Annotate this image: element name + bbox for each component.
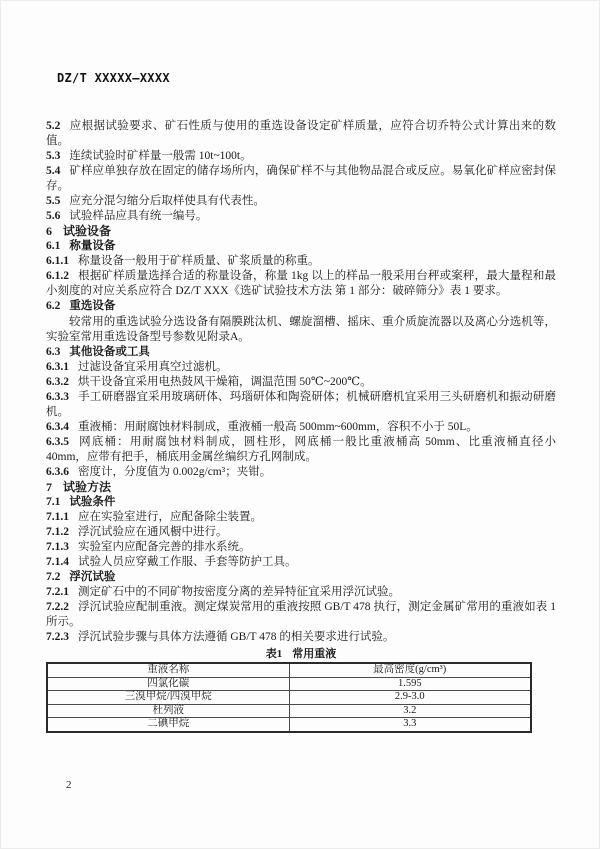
section-number: 7.2 (46, 571, 60, 583)
clause-number: 6.3.5 (46, 436, 69, 448)
section-title: 试验条件 (69, 496, 115, 508)
clause-6-3-1: 6.3.1过滤设备宜采用真空过滤机。 (46, 360, 556, 375)
table-caption-title: 常用重液 (292, 648, 336, 660)
table-cell: 杜列液 (47, 704, 289, 718)
clause-6-3-5: 6.3.5网底桶：用耐腐蚀材料制成，圆柱形，网底桶一般比重液桶高 50mm、比重… (46, 435, 556, 465)
table-row: 杜列液 3.2 (47, 704, 531, 718)
table-cell: 2.9-3.0 (289, 691, 531, 705)
clause-6-3-6: 6.3.6密度计，分度值为 0.002g/cm³；夹钳。 (46, 465, 556, 480)
paragraph-6-2: 较常用的重选试验分选设备有隔膜跳汰机、螺旋溜槽、摇床、重介质旋流器以及离心分选机… (46, 315, 556, 345)
clause-text: 手工研磨器宜采用玻璃研体、玛瑙研体和陶瓷研体；机械研磨机宜采用三头研磨机和振动研… (46, 391, 556, 418)
clause-number: 7.1.1 (46, 511, 69, 523)
clause-number: 7.2.1 (46, 586, 69, 598)
clause-text: 烘干设备宜采用电热鼓风干燥箱，调温范围 50℃~200℃。 (78, 376, 372, 388)
clause-number: 5.3 (46, 150, 60, 162)
clause-number: 6.3.2 (46, 376, 69, 388)
section-title: 浮沉试验 (69, 571, 115, 583)
clause-7-1-1: 7.1.1应在实验室进行，应配备除尘装置。 (46, 510, 556, 525)
clause-text: 应在实验室进行，应配备除尘装置。 (78, 511, 262, 523)
section-heading-7: 7试验方法 (46, 480, 556, 495)
document-body: 5.2应根据试验要求、矿石性质与使用的重选设备设定矿样质量，应符合切乔特公式计算… (46, 119, 556, 733)
clause-text: 重液桶：用耐腐蚀材料制成，重液桶一般高 500mm~600mm，容积不小于 50… (78, 421, 478, 433)
table-cell: 二碘甲烷 (47, 718, 289, 732)
section-title: 称量设备 (69, 240, 115, 252)
clause-number: 5.6 (46, 210, 60, 222)
table-caption-label: 表1 (266, 648, 283, 660)
clause-5-6: 5.6试验样品应具有统一编号。 (46, 209, 556, 224)
clause-text: 矿样应单独存放在固定的储存场所内，确保矿样不与其他物品混合或反应。易氧化矿样应密… (46, 165, 556, 192)
clause-text: 试验人员应穿戴工作服、手套等防护工具。 (78, 556, 297, 568)
section-number: 6.2 (46, 300, 60, 312)
clause-text: 应充分混匀缩分后取样使具有代表性。 (69, 195, 265, 207)
clause-number: 7.2.3 (46, 631, 69, 643)
clause-text: 浮沉试验步骤与具体方法遵循 GB/T 478 的相关要求进行试验。 (78, 631, 394, 643)
clause-number: 7.1.3 (46, 541, 69, 553)
table-row: 三溴甲烷/四溴甲烷 2.9-3.0 (47, 691, 531, 705)
clause-number: 7.1.4 (46, 556, 69, 568)
clause-text: 浮沉试验应在通风橱中进行。 (78, 526, 228, 538)
table-caption: 表1常用重液 (46, 647, 556, 662)
section-title: 试验设备 (63, 224, 111, 238)
section-number: 6.1 (46, 240, 60, 252)
subsection-heading-7-2: 7.2浮沉试验 (46, 570, 556, 585)
clause-text: 连续试验时矿样量一般需 10t~100t。 (69, 150, 251, 162)
clause-7-1-2: 7.1.2浮沉试验应在通风橱中进行。 (46, 525, 556, 540)
subsection-heading-6-2: 6.2重选设备 (46, 299, 556, 314)
table-row: 二碘甲烷 3.3 (47, 718, 531, 732)
clause-7-1-3: 7.1.3实验室内应配备完善的排水系统。 (46, 540, 556, 555)
clause-number: 6.3.1 (46, 361, 69, 373)
clause-6-3-2: 6.3.2烘干设备宜采用电热鼓风干燥箱，调温范围 50℃~200℃。 (46, 375, 556, 390)
table-cell: 3.3 (289, 718, 531, 732)
section-title: 其他设备或工具 (69, 346, 150, 358)
column-header-liquid-name: 重液名称 (47, 663, 289, 677)
table-header-row: 重液名称 最高密度(g/cm³) (47, 663, 531, 677)
clause-number: 5.4 (46, 165, 60, 177)
clause-text: 浮沉试验应配制重液。测定煤炭常用的重液按照 GB/T 478 执行，测定金属矿常… (46, 601, 556, 628)
clause-number: 6.3.6 (46, 466, 69, 478)
clause-number: 5.5 (46, 195, 60, 207)
heavy-liquid-table: 重液名称 最高密度(g/cm³) 四氯化碳 1.595 三溴甲烷/四溴甲烷 2.… (46, 662, 532, 733)
clause-7-2-3: 7.2.3浮沉试验步骤与具体方法遵循 GB/T 478 的相关要求进行试验。 (46, 630, 556, 645)
subsection-heading-6-3: 6.3其他设备或工具 (46, 345, 556, 360)
clause-text: 密度计，分度值为 0.002g/cm³；夹钳。 (78, 466, 271, 478)
section-heading-6: 6试验设备 (46, 224, 556, 239)
table-cell: 三溴甲烷/四溴甲烷 (47, 691, 289, 705)
section-number: 6.3 (46, 346, 60, 358)
subsection-heading-7-1: 7.1试验条件 (46, 495, 556, 510)
clause-number: 7.2.2 (46, 601, 69, 613)
clause-number: 6.1.2 (46, 270, 69, 282)
clause-text: 试验样品应具有统一编号。 (69, 210, 207, 222)
clause-text: 网底桶：用耐腐蚀材料制成，圆柱形，网底桶一般比重液桶高 50mm、比重液桶直径小… (46, 436, 556, 463)
table-cell: 3.2 (289, 704, 531, 718)
section-number: 6 (46, 224, 52, 238)
clause-number: 6.3.4 (46, 421, 69, 433)
subsection-heading-6-1: 6.1称量设备 (46, 239, 556, 254)
clause-6-3-3: 6.3.3手工研磨器宜采用玻璃研体、玛瑙研体和陶瓷研体；机械研磨机宜采用三头研磨… (46, 390, 556, 420)
clause-text: 测定矿石中的不同矿物按密度分离的差异特征宜采用浮沉试验。 (78, 586, 400, 598)
section-title: 试验方法 (63, 480, 111, 494)
clause-text: 根据矿样质量选择合适的称量设备，称量 1kg 以上的样品一般采用台秤或案秤，最大… (46, 270, 556, 297)
page-number: 2 (66, 779, 72, 791)
clause-number: 6.3.3 (46, 391, 69, 403)
clause-5-3: 5.3连续试验时矿样量一般需 10t~100t。 (46, 149, 556, 164)
table-cell: 1.595 (289, 677, 531, 691)
clause-number: 6.1.1 (46, 255, 69, 267)
clause-number: 5.2 (46, 120, 60, 132)
clause-7-2-2: 7.2.2浮沉试验应配制重液。测定煤炭常用的重液按照 GB/T 478 执行，测… (46, 600, 556, 630)
section-title: 重选设备 (69, 300, 115, 312)
standard-code: DZ/T XXXXX—XXXX (57, 71, 170, 85)
clause-5-5: 5.5应充分混匀缩分后取样使具有代表性。 (46, 194, 556, 209)
clause-5-4: 5.4矿样应单独存放在固定的储存场所内，确保矿样不与其他物品混合或反应。易氧化矿… (46, 164, 556, 194)
clause-6-1-2: 6.1.2根据矿样质量选择合适的称量设备，称量 1kg 以上的样品一般采用台秤或… (46, 269, 556, 299)
section-number: 7.1 (46, 496, 60, 508)
clause-text: 实验室内应配备完善的排水系统。 (78, 541, 251, 553)
clause-5-2: 5.2应根据试验要求、矿石性质与使用的重选设备设定矿样质量，应符合切乔特公式计算… (46, 119, 556, 149)
table-row: 四氯化碳 1.595 (47, 677, 531, 691)
clause-6-3-4: 6.3.4重液桶：用耐腐蚀材料制成，重液桶一般高 500mm~600mm，容积不… (46, 420, 556, 435)
table-cell: 四氯化碳 (47, 677, 289, 691)
section-number: 7 (46, 480, 52, 494)
clause-text: 应根据试验要求、矿石性质与使用的重选设备设定矿样质量，应符合切乔特公式计算出来的… (46, 120, 556, 147)
document-page: DZ/T XXXXX—XXXX 5.2应根据试验要求、矿石性质与使用的重选设备设… (0, 0, 600, 849)
clause-number: 7.1.2 (46, 526, 69, 538)
clause-text: 称量设备一般用于矿样质量、矿浆质量的称重。 (78, 255, 320, 267)
clause-7-1-4: 7.1.4试验人员应穿戴工作服、手套等防护工具。 (46, 555, 556, 570)
column-header-max-density: 最高密度(g/cm³) (289, 663, 531, 677)
clause-7-2-1: 7.2.1测定矿石中的不同矿物按密度分离的差异特征宜采用浮沉试验。 (46, 585, 556, 600)
clause-6-1-1: 6.1.1称量设备一般用于矿样质量、矿浆质量的称重。 (46, 254, 556, 269)
clause-text: 过滤设备宜采用真空过滤机。 (78, 361, 228, 373)
